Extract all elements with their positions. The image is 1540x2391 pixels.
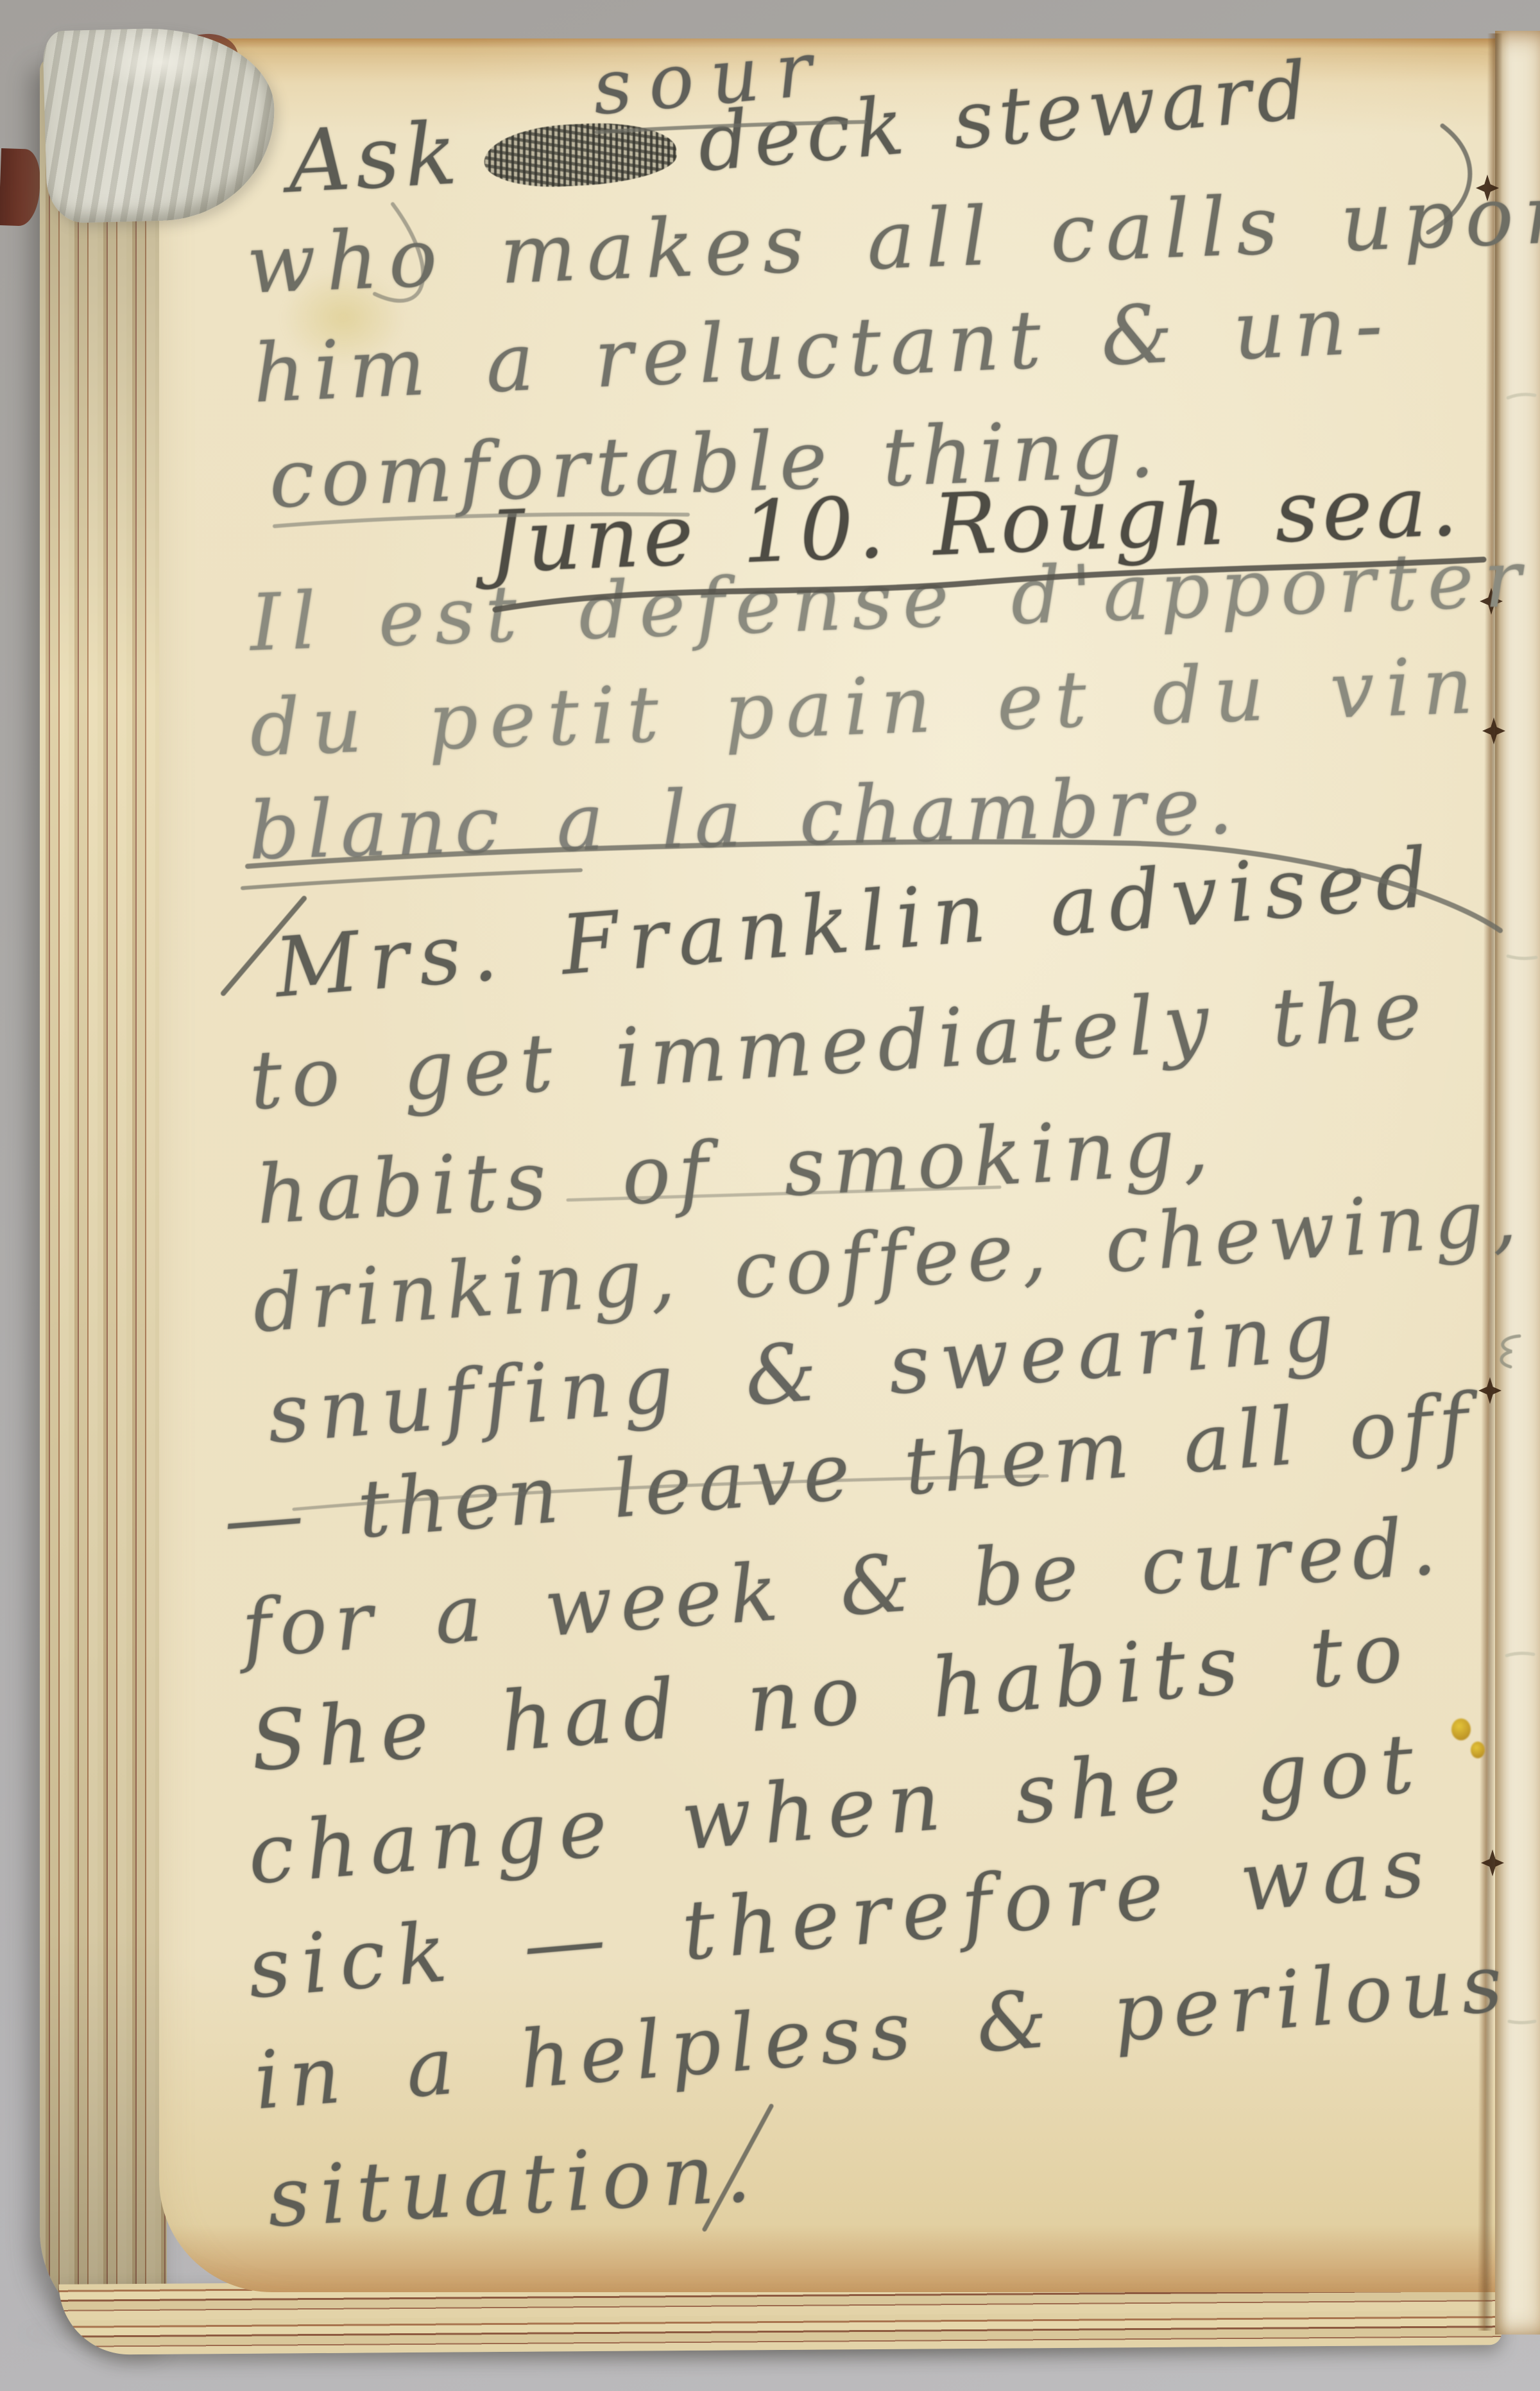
facing-page-pencil-mark <box>1502 1336 1519 1367</box>
bleedthrough-mark <box>1508 395 1535 398</box>
handwritten-line-7-french: Il est defense d'apporter <box>248 539 1532 662</box>
unclear-first-word: Ask <box>286 103 465 212</box>
bleedthrough-mark <box>1507 1653 1534 1656</box>
scribbled-out-word <box>483 119 678 191</box>
bleedthrough-mark <box>1508 956 1536 959</box>
handwritten-line-8-french: du petit pain et du vin <box>248 646 1485 767</box>
notebook-photo: sour Askdeck steward who makes all calls… <box>0 0 1540 2391</box>
handwritten-line-9-french: blanc a la chambre. <box>248 766 1242 871</box>
handwritten-line-21: situation. <box>266 2132 763 2240</box>
handwriting-layer: sour Askdeck steward who makes all calls… <box>0 0 1540 2391</box>
